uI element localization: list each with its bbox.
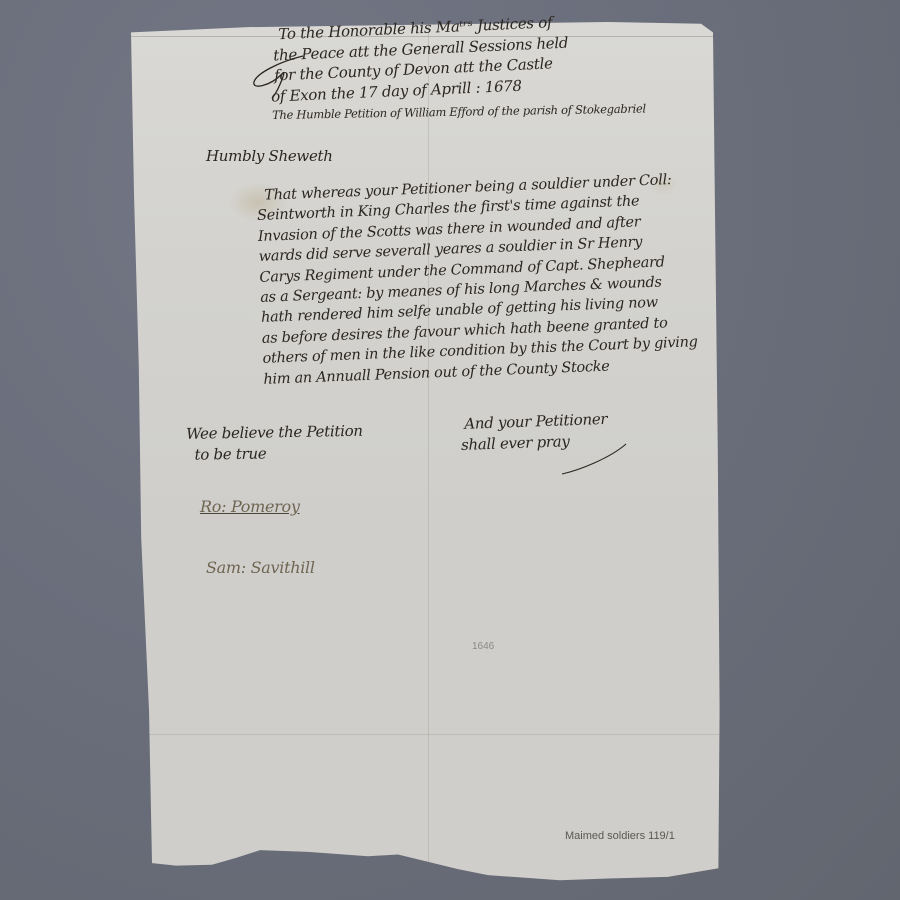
certification-block: Wee believe the Petition to be true — [176, 421, 363, 465]
certification-line: to be true — [176, 441, 363, 465]
center-fold-crease — [428, 22, 429, 882]
catalogue-reference-label: Maimed soldiers 119/1 — [565, 830, 675, 842]
salutation: Humbly Sheweth — [206, 146, 333, 167]
certification-line: Wee believe the Petition — [176, 421, 363, 445]
signature-savithill: Sam: Savithill — [206, 558, 315, 579]
petition-body: That whereas your Petitioner being a sou… — [256, 169, 699, 390]
pencil-annotation-number: 1646 — [472, 641, 494, 652]
signature-pomeroy: Ro: Pomeroy — [200, 497, 300, 518]
address-block: To the Honorable his Maᵗʳˢ Justices of t… — [238, 12, 570, 108]
closing-block: And your Petitioner shall ever pray — [460, 409, 608, 455]
